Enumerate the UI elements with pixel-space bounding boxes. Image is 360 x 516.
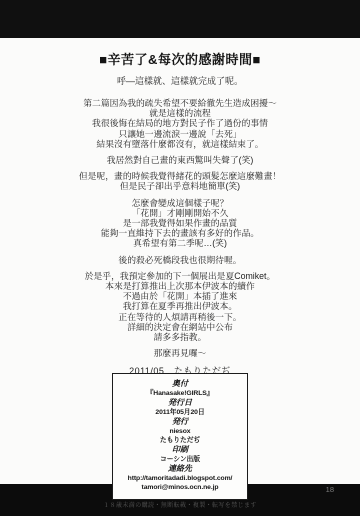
scanned-afterword-page: ■辛苦了&每次的感謝時間■ 呼—這樣就、這樣就完成了呢。 第二篇因為我的疏失希望… bbox=[0, 0, 360, 516]
page-number: 18 bbox=[326, 485, 334, 494]
colophon-publish-date: 2011年05月20日 bbox=[121, 408, 239, 417]
text-line: 本來是打算推出上次那本伊波本的續作 bbox=[0, 281, 360, 291]
colophon-label-okuzuke: 奥付 bbox=[121, 379, 239, 389]
colophon-email-address: tamori@minos.ocn.ne.jp bbox=[121, 483, 239, 492]
colophon-label-publisher: 発行 bbox=[121, 417, 239, 427]
text-line: 是一部我覺得如果作畫的品質 bbox=[0, 218, 360, 228]
age-restriction-notice: １８歳未満の購読・無断転載・複製・転写を禁じます bbox=[0, 500, 360, 509]
text-line: 「花開」才剛剛開始不久 bbox=[0, 208, 360, 218]
text-line: 就是這樣的流程 bbox=[0, 108, 360, 118]
afterword-title: ■辛苦了&每次的感謝時間■ bbox=[0, 38, 360, 68]
colophon-label-publish-date: 発行日 bbox=[121, 398, 239, 408]
top-black-bar bbox=[0, 0, 360, 38]
text-line: 我居然對自己畫的東西驚叫失聲了(笑) bbox=[0, 155, 360, 165]
paragraph: 但是呢，畫的時候我覺得緒花的頭髮怎麼這麼難畫！ 但是民子卻出乎意料地簡單(笑) bbox=[0, 171, 360, 191]
text-line: 真希望有第二季呢…(笑) bbox=[0, 238, 360, 248]
text-line: 能夠一直維持下去的畫該有多好的作品。 bbox=[0, 228, 360, 238]
colophon-box: 奥付 『Hanasake!GIRLS』 発行日 2011年05月20日 発行 n… bbox=[112, 373, 248, 500]
text-line: 於是乎，我預定參加的下一個展出是夏Comiket。 bbox=[0, 271, 360, 281]
text-line: 後的殺必死橋段我也很期待喔。 bbox=[0, 255, 360, 265]
text-line: 結果沒有墮落什麼都沒有，就這樣結束了。 bbox=[0, 139, 360, 149]
colophon-website-url: http://tamoritadadi.blogspot.com/ bbox=[121, 474, 239, 483]
colophon-label-printer: 印刷 bbox=[121, 445, 239, 455]
colophon-printer-name: コーシン出版 bbox=[121, 455, 239, 464]
paragraph: 於是乎，我預定參加的下一個展出是夏Comiket。 本來是打算推出上次那本伊波本… bbox=[0, 271, 360, 342]
text-line: 正在等待的人煩請再稍後一下。 bbox=[0, 312, 360, 322]
paragraph: 怎麼會變成這個樣子呢？ 「花開」才剛剛開始不久 是一部我覺得如果作畫的品質 能夠… bbox=[0, 198, 360, 249]
text-line: 怎麼會變成這個樣子呢？ bbox=[0, 198, 360, 208]
colophon-circle-name: niesox bbox=[121, 427, 239, 436]
afterword-subtitle: 呼—這樣就、這樣就完成了呢。 bbox=[0, 74, 360, 87]
colophon-book-title: 『Hanasake!GIRLS』 bbox=[121, 389, 239, 398]
paragraph: 第二篇因為我的疏失希望不要給徹先生造成困擾～ 就是這樣的流程 我很後悔在結局的地… bbox=[0, 98, 360, 149]
text-line: 第二篇因為我的疏失希望不要給徹先生造成困擾～ bbox=[0, 98, 360, 108]
text-line: 不過由於「花開」本插了進來 bbox=[0, 291, 360, 301]
text-line: 但是呢，畫的時候我覺得緒花的頭髮怎麼這麼難畫！ bbox=[0, 171, 360, 181]
text-line: 詳細的決定會在網站中公布 bbox=[0, 322, 360, 332]
text-line: 那麼再見囉～ bbox=[0, 348, 360, 358]
text-line: 但是民子卻出乎意料地簡單(笑) bbox=[0, 181, 360, 191]
text-line: 我打算在夏季再推出伊波本。 bbox=[0, 301, 360, 311]
paragraph: 後的殺必死橋段我也很期待喔。 bbox=[0, 255, 360, 265]
colophon-label-contact: 連絡先 bbox=[121, 464, 239, 474]
afterword-body: 第二篇因為我的疏失希望不要給徹先生造成困擾～ 就是這樣的流程 我很後悔在結局的地… bbox=[0, 98, 360, 358]
text-line: 我很後悔在結局的地方對民子作了過份的事情 bbox=[0, 118, 360, 128]
text-line: 只讓她一邊流淚一邊說「去死」 bbox=[0, 129, 360, 139]
colophon-author-name: たもりただぢ bbox=[121, 436, 239, 445]
paragraph: 我居然對自己畫的東西驚叫失聲了(笑) bbox=[0, 155, 360, 165]
paragraph: 那麼再見囉～ bbox=[0, 348, 360, 358]
text-line: 請多多指教。 bbox=[0, 332, 360, 342]
